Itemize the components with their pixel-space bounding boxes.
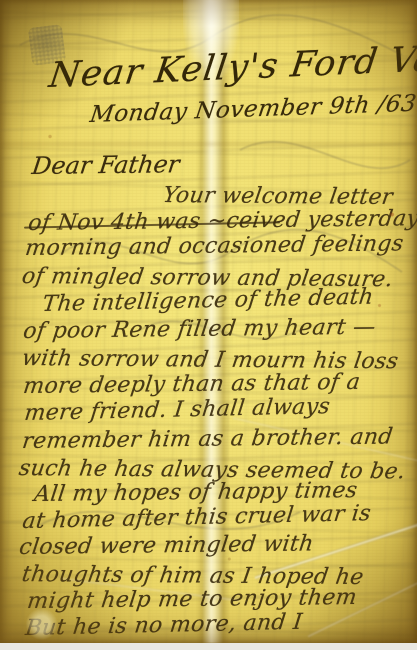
- struck-line-post: ~ceived yesterday: [199, 206, 417, 234]
- struck-line-pre: of: [27, 211, 60, 236]
- letter-scan: Near Kelly's Ford Va Monday November 9th…: [0, 0, 417, 650]
- scan-background-strip: [0, 643, 417, 650]
- letter-line: might help me to enjoy them: [26, 585, 359, 614]
- letter-line: closed were mingled with: [18, 531, 315, 560]
- salutation: Dear Father: [30, 150, 181, 180]
- letter-line: remember him as a brother. and: [21, 424, 395, 454]
- letter-line: morning and occasioned feelings: [24, 231, 405, 261]
- strikethrough-text: Nov 4th was: [56, 209, 202, 236]
- letter-line: of poor Rene filled my heart —: [22, 315, 377, 344]
- opening-line: Your welcome letter: [161, 183, 394, 210]
